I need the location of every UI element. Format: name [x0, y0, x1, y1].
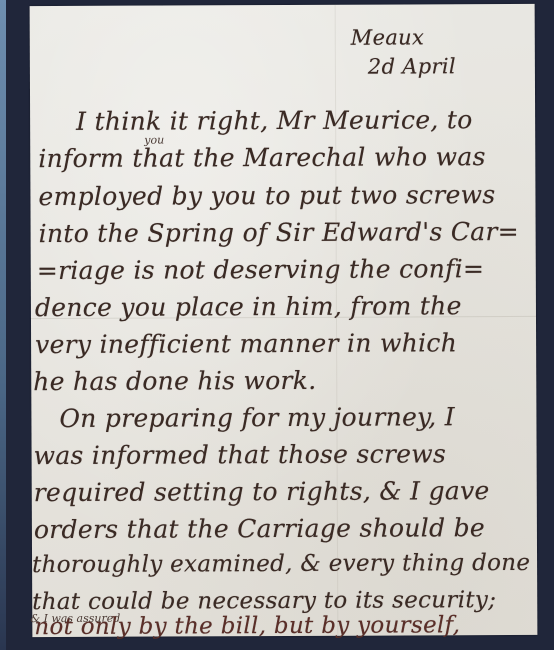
letter-line-12: orders that the Carriage should be: [34, 513, 485, 544]
letter-line-5: =riage is not deserving the confi=: [37, 254, 485, 285]
letter-date: 2d April: [368, 54, 456, 78]
letter-line-10: was informed that those screws: [34, 439, 447, 470]
letter-line-13: thoroughly examined, & every thing done: [32, 550, 530, 578]
letter-line-9: On preparing for my journey, I: [59, 402, 455, 433]
letter-line-8: he has done his work.: [33, 366, 316, 396]
letter-line-2: inform that the Marechal who was: [38, 142, 485, 173]
letter-line-7: very inefficient manner in which: [35, 328, 457, 359]
letter-line-3: employed by you to put two screws: [38, 180, 495, 211]
letter-line-6: dence you place in him, from the: [35, 291, 462, 322]
letter-line-11: required setting to rights, & I gave: [34, 476, 490, 507]
letter-line-1: I think it right, Mr Meurice, to: [76, 105, 473, 136]
letter-place: Meaux: [351, 25, 424, 49]
letter-line-15: not only by the bill, but by yourself,: [34, 612, 460, 640]
letter-line-4: into the Spring of Sir Edward's Car=: [39, 217, 519, 248]
letter-page: Meaux 2d April I think it right, Mr Meur…: [30, 4, 538, 637]
backdrop-edge: [0, 0, 6, 650]
